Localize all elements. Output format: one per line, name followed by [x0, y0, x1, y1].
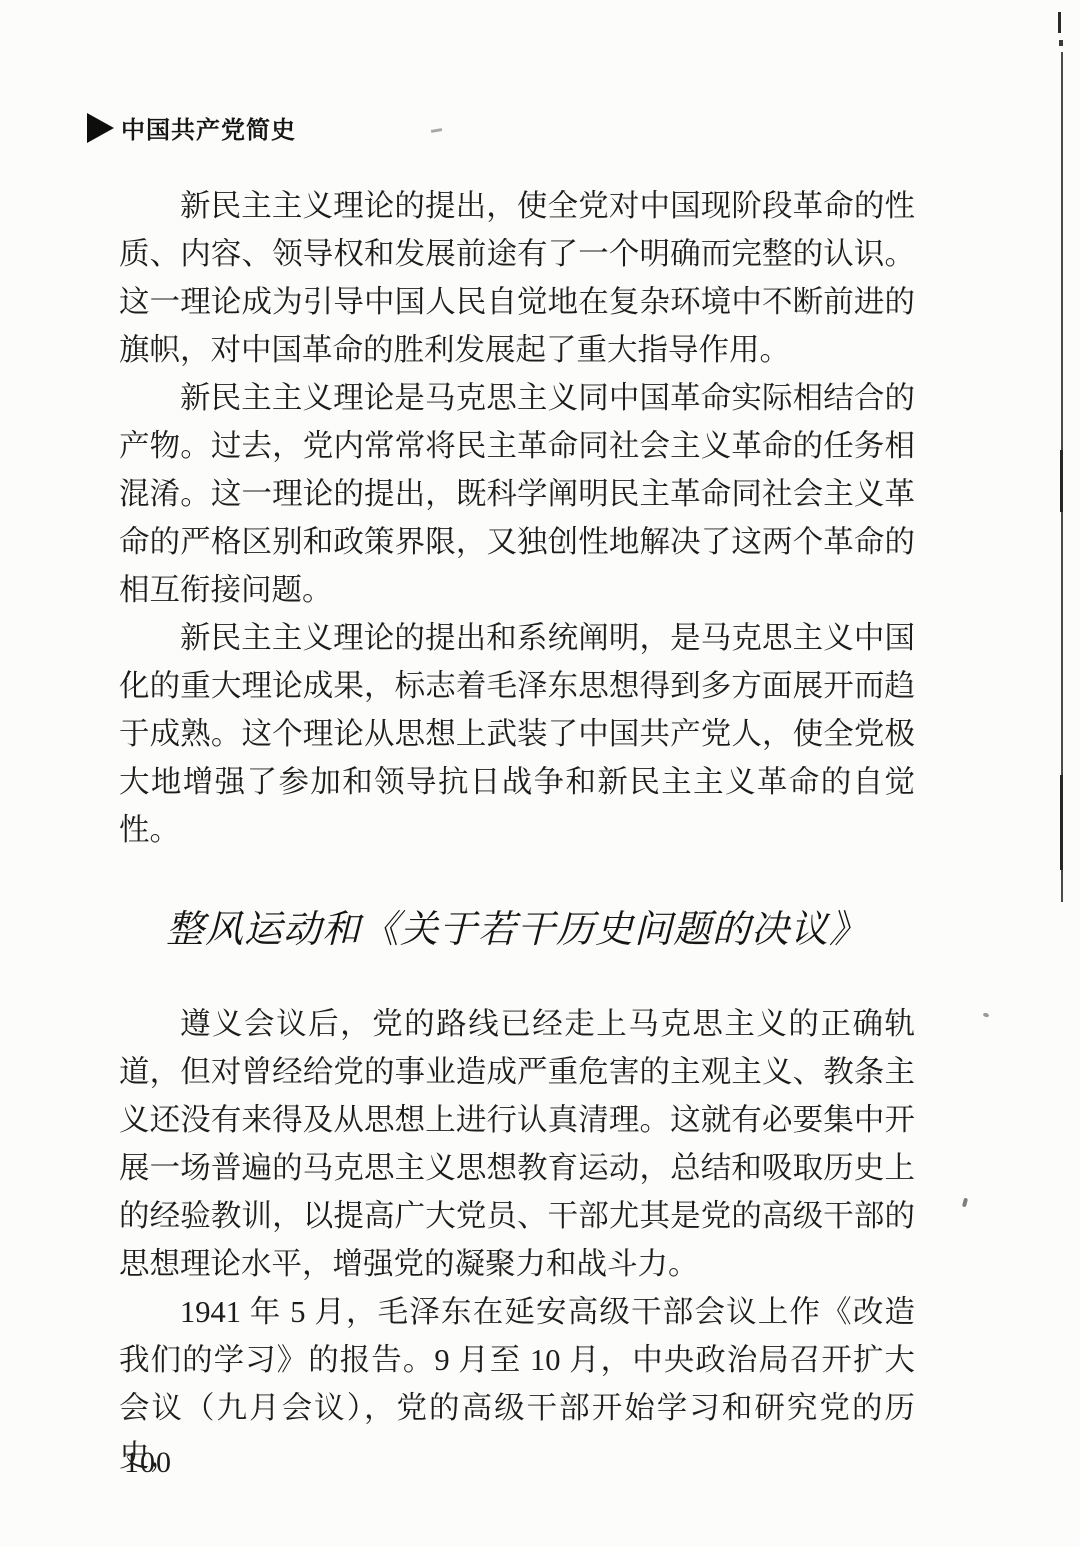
scan-artifact-line	[1058, 12, 1061, 33]
scan-artifact-line	[1060, 775, 1063, 870]
scan-artifact-line	[1060, 450, 1063, 512]
triangle-right-icon	[87, 113, 114, 143]
scan-artifact-dot	[1059, 40, 1063, 46]
book-title: 中国共产党简史	[121, 110, 296, 145]
scan-artifact-speck	[982, 1012, 989, 1018]
scan-artifact-speck	[962, 1198, 968, 1208]
paragraph: 遵义会议后，党的路线已经走上马克思主义的正确轨道，但对曾经给党的事业造成严重危害…	[119, 1000, 915, 1288]
section-heading: 整风运动和《关于若干历史问题的决议》	[119, 906, 915, 954]
paragraph: 1941 年 5 月，毛泽东在延安高级干部会议上作《改造我们的学习》的报告。9 …	[119, 1288, 915, 1480]
scanned-book-page: 中国共产党简史 新民主主义理论的提出，使全党对中国现阶段革命的性质、内容、领导权…	[0, 0, 1080, 1546]
page-number: 100	[124, 1446, 172, 1480]
paragraph: 新民主主义理论的提出，使全党对中国现阶段革命的性质、内容、领导权和发展前途有了一…	[119, 182, 915, 374]
paragraph: 新民主主义理论的提出和系统阐明，是马克思主义中国化的重大理论成果，标志着毛泽东思…	[119, 614, 915, 854]
scan-artifact-dash	[431, 128, 442, 133]
page-body: 新民主主义理论的提出，使全党对中国现阶段革命的性质、内容、领导权和发展前途有了一…	[119, 182, 915, 1480]
running-header: 中国共产党简史	[87, 110, 296, 145]
paragraph: 新民主主义理论是马克思主义同中国革命实际相结合的产物。过去，党内常常将民主革命同…	[119, 374, 915, 614]
